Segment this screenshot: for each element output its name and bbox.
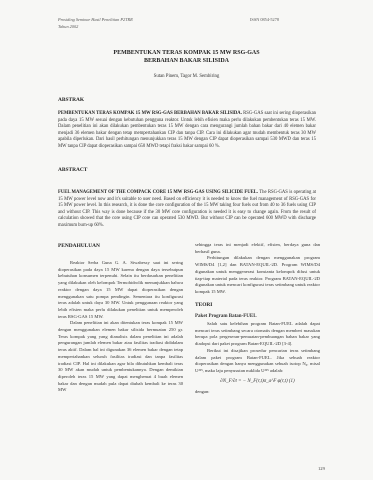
- abstract-body: FUEL MANAGEMENT OF THE COMPACK CORE 15 M…: [58, 190, 316, 230]
- theory-paragraph-1: Salah satu kelebihan program Batan-FUEL …: [195, 321, 320, 348]
- title-line-1: PEMBENTUKAN TERAS KOMPAK 15 MW RSG-GAS: [0, 49, 373, 57]
- issn-label: ISSN 0854-5278: [250, 17, 279, 22]
- pendahuluan-heading: PENDAHULUAN: [58, 243, 100, 249]
- paper-title: PEMBENTUKAN TERAS KOMPAK 15 MW RSG-GAS B…: [0, 49, 373, 65]
- abstrak-lead: PEMBENTUKAN TERAS KOMPAK 15 MW RSG-GAS B…: [58, 111, 242, 116]
- right-column: sehingga teras ini menjadi efektif, efis…: [195, 242, 320, 396]
- title-line-2: BERBAHAN BAKAR SILISIDA: [0, 57, 373, 65]
- paper-page: Prosiding Seminar Hasil Penelitian P2TRR…: [0, 0, 373, 480]
- intro-paragraph-2: Dalam penelitian ini akan ditentukan ter…: [58, 320, 183, 394]
- abstrak-body: PEMBENTUKAN TERAS KOMPAK 15 MW RSG-GAS B…: [58, 111, 316, 151]
- abstract-heading: ABSTRACT: [58, 167, 87, 173]
- left-column: Reaktor Serba Guna G. A. Siwabessy saat …: [58, 260, 183, 394]
- running-header: Prosiding Seminar Hasil Penelitian P2TRR…: [58, 16, 133, 30]
- intro-continuation: sehingga teras ini menjadi efektif, efis…: [195, 242, 320, 255]
- page-number: 129: [318, 466, 325, 471]
- equation-where: dengan:: [195, 389, 320, 396]
- equation-1: ∂N_F/∂t = − N_F(r,t)σ_a^F φ(r,t) (1): [195, 379, 320, 386]
- theory-paragraph-2: Berikut ini disajikan prosedur pencarian…: [195, 348, 320, 375]
- proceedings-year: Tahun 2002: [58, 23, 133, 30]
- abstrak-heading: ABSTRAK: [58, 97, 84, 103]
- abstrak-text: RSG-GAS saat ini sering dioperasikan pad…: [58, 111, 316, 149]
- proceedings-name: Prosiding Seminar Hasil Penelitian P2TRR: [58, 16, 133, 23]
- abstract-lead: FUEL MANAGEMENT OF THE COMPACK CORE 15 M…: [58, 190, 258, 195]
- subsection-heading: Paket Program Batan-FUEL: [195, 314, 320, 321]
- authors: Sutan Pinem, Tagor M. Sembiring: [0, 74, 373, 79]
- abstract-text: The RSG-GAS is operating at 15 MW power …: [58, 190, 316, 228]
- teori-heading: TEORI: [195, 302, 320, 309]
- method-paragraph: Perhitungan dilakukan dengan menggunakan…: [195, 255, 320, 295]
- intro-paragraph-1: Reaktor Serba Guna G. A. Siwabessy saat …: [58, 260, 183, 320]
